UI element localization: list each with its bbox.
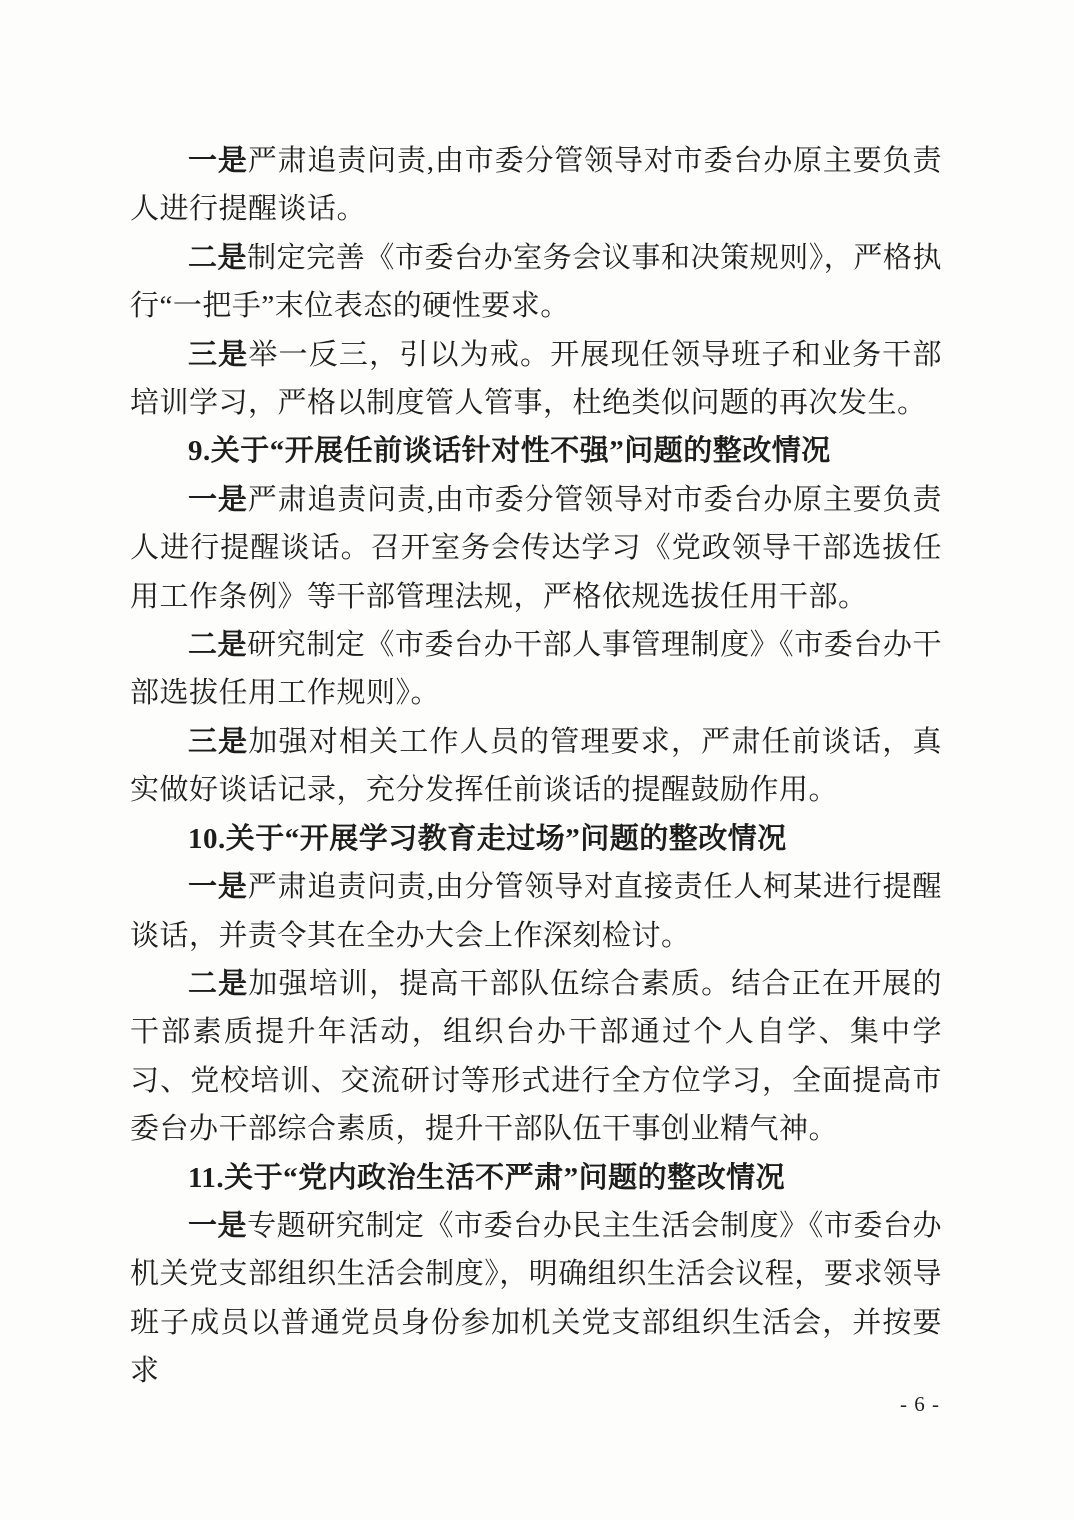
body-paragraph: 三是加强对相关工作人员的管理要求，严肃任前谈话，真实做好谈话记录，充分发挥任前谈… <box>130 718 942 815</box>
body-paragraph: 一是严肃追责问责,由市委分管领导对市委台办原主要负责人进行提醒谈话。召开室务会传… <box>130 476 942 621</box>
paragraph-lead: 二是 <box>188 629 247 661</box>
body-paragraph: 二是制定完善《市委台办室务会议事和决策规则》，严格执行“一把手”末位表态的硬性要… <box>130 234 942 331</box>
body-paragraph: 一是严肃追责问责,由市委分管领导对市委台办原主要负责人进行提醒谈话。 <box>130 137 942 234</box>
paragraph-lead: 二是 <box>188 242 247 274</box>
body-paragraph: 二是研究制定《市委台办干部人事管理制度》《市委台办干部选拔任用工作规则》。 <box>130 621 942 718</box>
paragraph-lead: 一是 <box>188 145 248 177</box>
paragraph-lead: 一是 <box>188 484 248 516</box>
paragraph-lead: 三是 <box>188 726 248 758</box>
body-paragraph: 一是专题研究制定《市委台办民主生活会制度》《市委台办机关党支部组织生活会制度》，… <box>130 1202 942 1396</box>
body-paragraph: 二是加强培训，提高干部队伍综合素质。结合正在开展的干部素质提升年活动，组织台办干… <box>130 960 942 1154</box>
document-page: 一是严肃追责问责,由市委分管领导对市委台办原主要负责人进行提醒谈话。二是制定完善… <box>0 0 1074 1520</box>
section-heading: 11.关于“党内政治生活不严肃”问题的整改情况 <box>130 1154 942 1202</box>
page-number: - 6 - <box>900 1392 940 1417</box>
document-content: 一是严肃追责问责,由市委分管领导对市委台办原主要负责人进行提醒谈话。二是制定完善… <box>130 137 942 1396</box>
paragraph-lead: 二是 <box>188 968 248 1000</box>
section-heading: 9.关于“开展任前谈话针对性不强”问题的整改情况 <box>130 427 942 475</box>
body-paragraph: 三是举一反三，引以为戒。开展现任领导班子和业务干部培训学习，严格以制度管人管事，… <box>130 331 942 428</box>
paragraph-lead: 一是 <box>188 1210 247 1242</box>
body-paragraph: 一是严肃追责问责,由分管领导对直接责任人柯某进行提醒谈话，并责令其在全办大会上作… <box>130 863 942 960</box>
paragraph-lead: 一是 <box>188 871 248 903</box>
section-heading: 10.关于“开展学习教育走过场”问题的整改情况 <box>130 815 942 863</box>
paragraph-lead: 三是 <box>188 339 248 371</box>
